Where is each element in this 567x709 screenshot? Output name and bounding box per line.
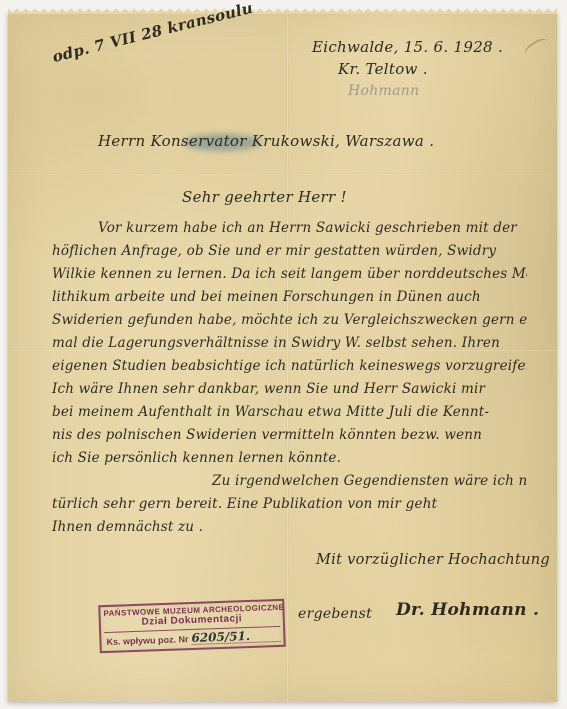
deckled-top-edge (8, 7, 557, 14)
recipient-line: Herrn Konservator Krukowski, Warszawa . (98, 132, 434, 150)
body-line: Wilkie kennen zu lernen. Da ich seit lan… (52, 266, 527, 289)
body-line: Swiderien gefunden habe, möchte ich zu V… (52, 312, 527, 335)
dateline-district: Kr. Teltow . (338, 60, 428, 78)
stamp-registry-label: Ks. wpływu poz. Nr (106, 634, 188, 647)
stamp-registry-number: 6205/51. (191, 630, 280, 645)
salutation: Sehr geehrter Herr ! (182, 188, 347, 206)
dateline-place-date: Eichwalde, 15. 6. 1928 . (312, 38, 503, 56)
body-line: Zu irgendwelchen Gegendiensten wäre ich … (52, 473, 527, 496)
body-line: Ich wäre Ihnen sehr dankbar, wenn Sie un… (52, 381, 527, 404)
body-line: Vor kurzem habe ich an Herrn Sawicki ges… (52, 220, 527, 243)
museum-archive-stamp: PAŃSTWOWE MUZEUM ARCHEOLOGICZNE Dział Do… (98, 599, 286, 653)
body-line: bei meinem Aufenthalt in Warschau etwa M… (52, 404, 527, 427)
letter-body: Vor kurzem habe ich an Herrn Sawicki ges… (52, 220, 527, 542)
valediction: Mit vorzüglicher Hochachtung (316, 552, 550, 568)
signature: Dr. Hohmann . (396, 600, 539, 620)
body-line: türlich sehr gern bereit. Eine Publikati… (52, 496, 527, 519)
body-line: nis des polnischen Swiderien vermitteln … (52, 427, 527, 450)
body-line: mal die Lagerungsverhältnisse in Swidry … (52, 335, 527, 358)
scan-background: odp. 7 VII 28 kransoulu Eichwalde, 15. 6… (0, 0, 567, 709)
body-line: höflichen Anfrage, ob Sie und er mir ges… (52, 243, 527, 266)
body-line: Ihnen demnächst zu . (52, 519, 527, 542)
body-line: lithikum arbeite und bei meinen Forschun… (52, 289, 527, 312)
signoff: ergebenst (298, 606, 372, 622)
body-line: eigenen Studien beabsichtige ich natürli… (52, 358, 527, 381)
corner-crease (522, 35, 554, 64)
body-line: ich Sie persönlich kennen lernen könnte. (52, 450, 527, 473)
pencil-name-note: Hohmann (348, 83, 419, 99)
horizontal-fold-crease-upper (8, 173, 557, 176)
